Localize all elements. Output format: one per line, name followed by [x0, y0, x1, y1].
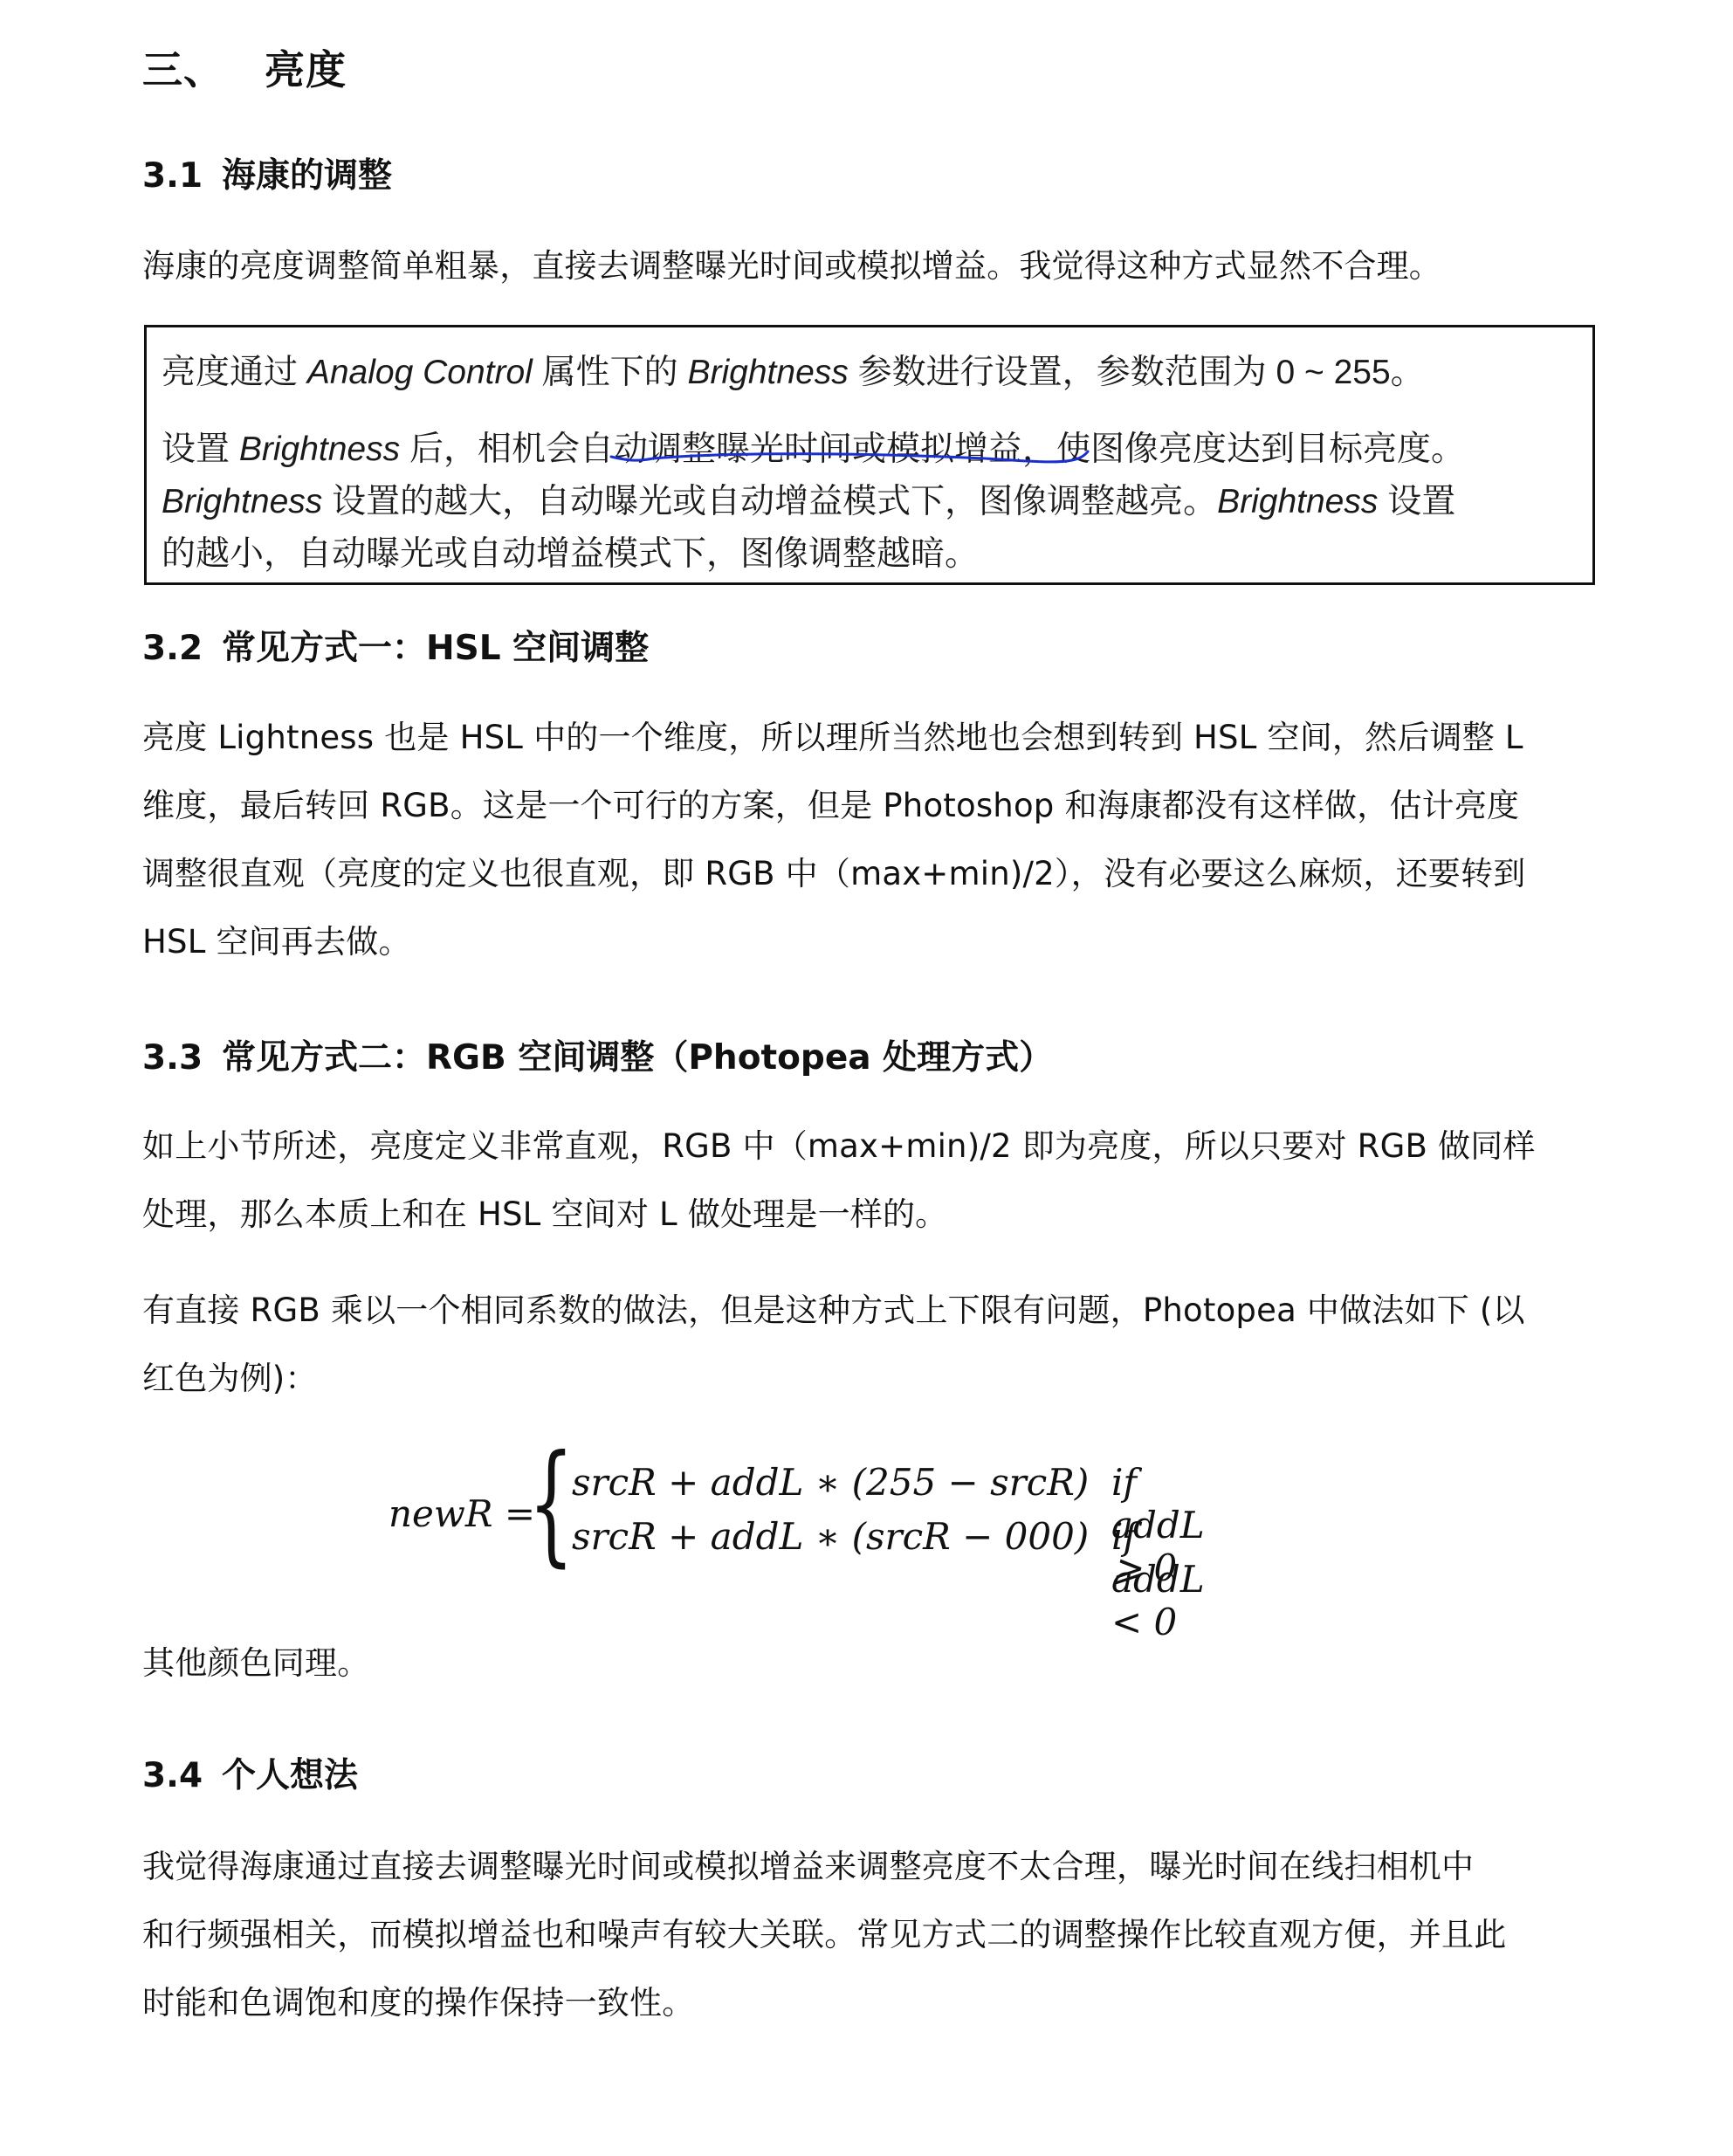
text-line: HSL 空间再去做。	[142, 908, 1592, 976]
hand-drawn-underline	[609, 450, 1098, 476]
quoted-doc-box: 亮度通过 Analog Control 属性下的 Brightness 参数进行…	[144, 325, 1595, 585]
paragraph-3-3-b: 有直接 RGB 乘以一个相同系数的做法，但是这种方式上下限有问题，Photope…	[142, 1277, 1592, 1413]
formula-case-2: srcR + addL ∗ (srcR − 000) if addL < 0	[572, 1515, 1089, 1558]
quote-line-4: 的越小，自动曝光或自动增益模式下，图像调整越暗。	[162, 527, 979, 575]
document-page: 三、亮度 3.1海康的调整 海康的亮度调整简单粗暴，直接去调整曝光时间或模拟增益…	[0, 0, 1733, 2156]
section-heading-3-1: 3.1海康的调整	[142, 148, 392, 197]
section-title: 常见方式二：RGB 空间调整（Photopea 处理方式）	[222, 1038, 1053, 1078]
quote-line-1: 亮度通过 Analog Control 属性下的 Brightness 参数进行…	[162, 345, 1425, 394]
section-title: 海康的调整	[222, 156, 392, 196]
text-line: 时能和色调饱和度的操作保持一致性。	[142, 1969, 1592, 2037]
piecewise-formula: newR = { srcR + addL ∗ (255 − srcR) if a…	[389, 1445, 1314, 1594]
section-title: 个人想法	[222, 1756, 358, 1795]
text-line: 维度，最后转回 RGB。这是一个可行的方案，但是 Photoshop 和海康都没…	[142, 772, 1592, 840]
left-brace: {	[528, 1438, 574, 1569]
text-line: 和行频强相关，而模拟增益也和噪声有较大关联。常见方式二的调整操作比较直观方便，并…	[142, 1901, 1592, 1969]
formula-case-1: srcR + addL ∗ (255 − srcR) if addL ⩾ 0	[572, 1461, 1089, 1504]
text-line: 有直接 RGB 乘以一个相同系数的做法，但是这种方式上下限有问题，Photope…	[142, 1277, 1592, 1345]
paragraph-3-4: 我觉得海康通过直接去调整曝光时间或模拟增益来调整亮度不太合理，曝光时间在线扫相机…	[142, 1833, 1592, 2037]
section-number: 3.2	[142, 629, 222, 668]
section-heading-3-2: 3.2常见方式一：HSL 空间调整	[142, 621, 649, 670]
formula-lhs: newR =	[389, 1492, 535, 1535]
section-heading-3-3: 3.3常见方式二：RGB 空间调整（Photopea 处理方式）	[142, 1030, 1053, 1079]
section-heading-3-4: 3.4个人想法	[142, 1748, 358, 1797]
text-line: 红色为例)：	[142, 1345, 1592, 1413]
paragraph-3-3-c: 其他颜色同理。	[142, 1629, 1592, 1698]
text-line: 调整很直观（亮度的定义也很直观，即 RGB 中（max+min)/2），没有必要…	[142, 840, 1592, 908]
text-line: 亮度 Lightness 也是 HSL 中的一个维度，所以理所当然地也会想到转到…	[142, 704, 1592, 772]
section-number: 3.3	[142, 1038, 222, 1078]
section-number: 3.4	[142, 1756, 222, 1795]
text-line: 我觉得海康通过直接去调整曝光时间或模拟增益来调整亮度不太合理，曝光时间在线扫相机…	[142, 1833, 1592, 1901]
section-number: 3.1	[142, 156, 222, 196]
paragraph-3-3-a: 如上小节所述，亮度定义非常直观，RGB 中（max+min)/2 即为亮度，所以…	[142, 1112, 1592, 1249]
chapter-title: 亮度	[265, 46, 347, 93]
paragraph-3-2: 亮度 Lightness 也是 HSL 中的一个维度，所以理所当然地也会想到转到…	[142, 704, 1592, 976]
chapter-heading: 三、亮度	[142, 38, 347, 96]
paragraph-3-1: 海康的亮度调整简单粗暴，直接去调整曝光时间或模拟增益。我觉得这种方式显然不合理。	[142, 232, 1592, 300]
text-line: 处理，那么本质上和在 HSL 空间对 L 做处理是一样的。	[142, 1181, 1592, 1249]
section-title: 常见方式一：HSL 空间调整	[222, 629, 649, 668]
quote-line-3: Brightness 设置的越大，自动曝光或自动增益模式下，图像调整越亮。Bri…	[162, 474, 1455, 523]
text-line: 如上小节所述，亮度定义非常直观，RGB 中（max+min)/2 即为亮度，所以…	[142, 1112, 1592, 1181]
chapter-number: 三、	[142, 38, 265, 96]
